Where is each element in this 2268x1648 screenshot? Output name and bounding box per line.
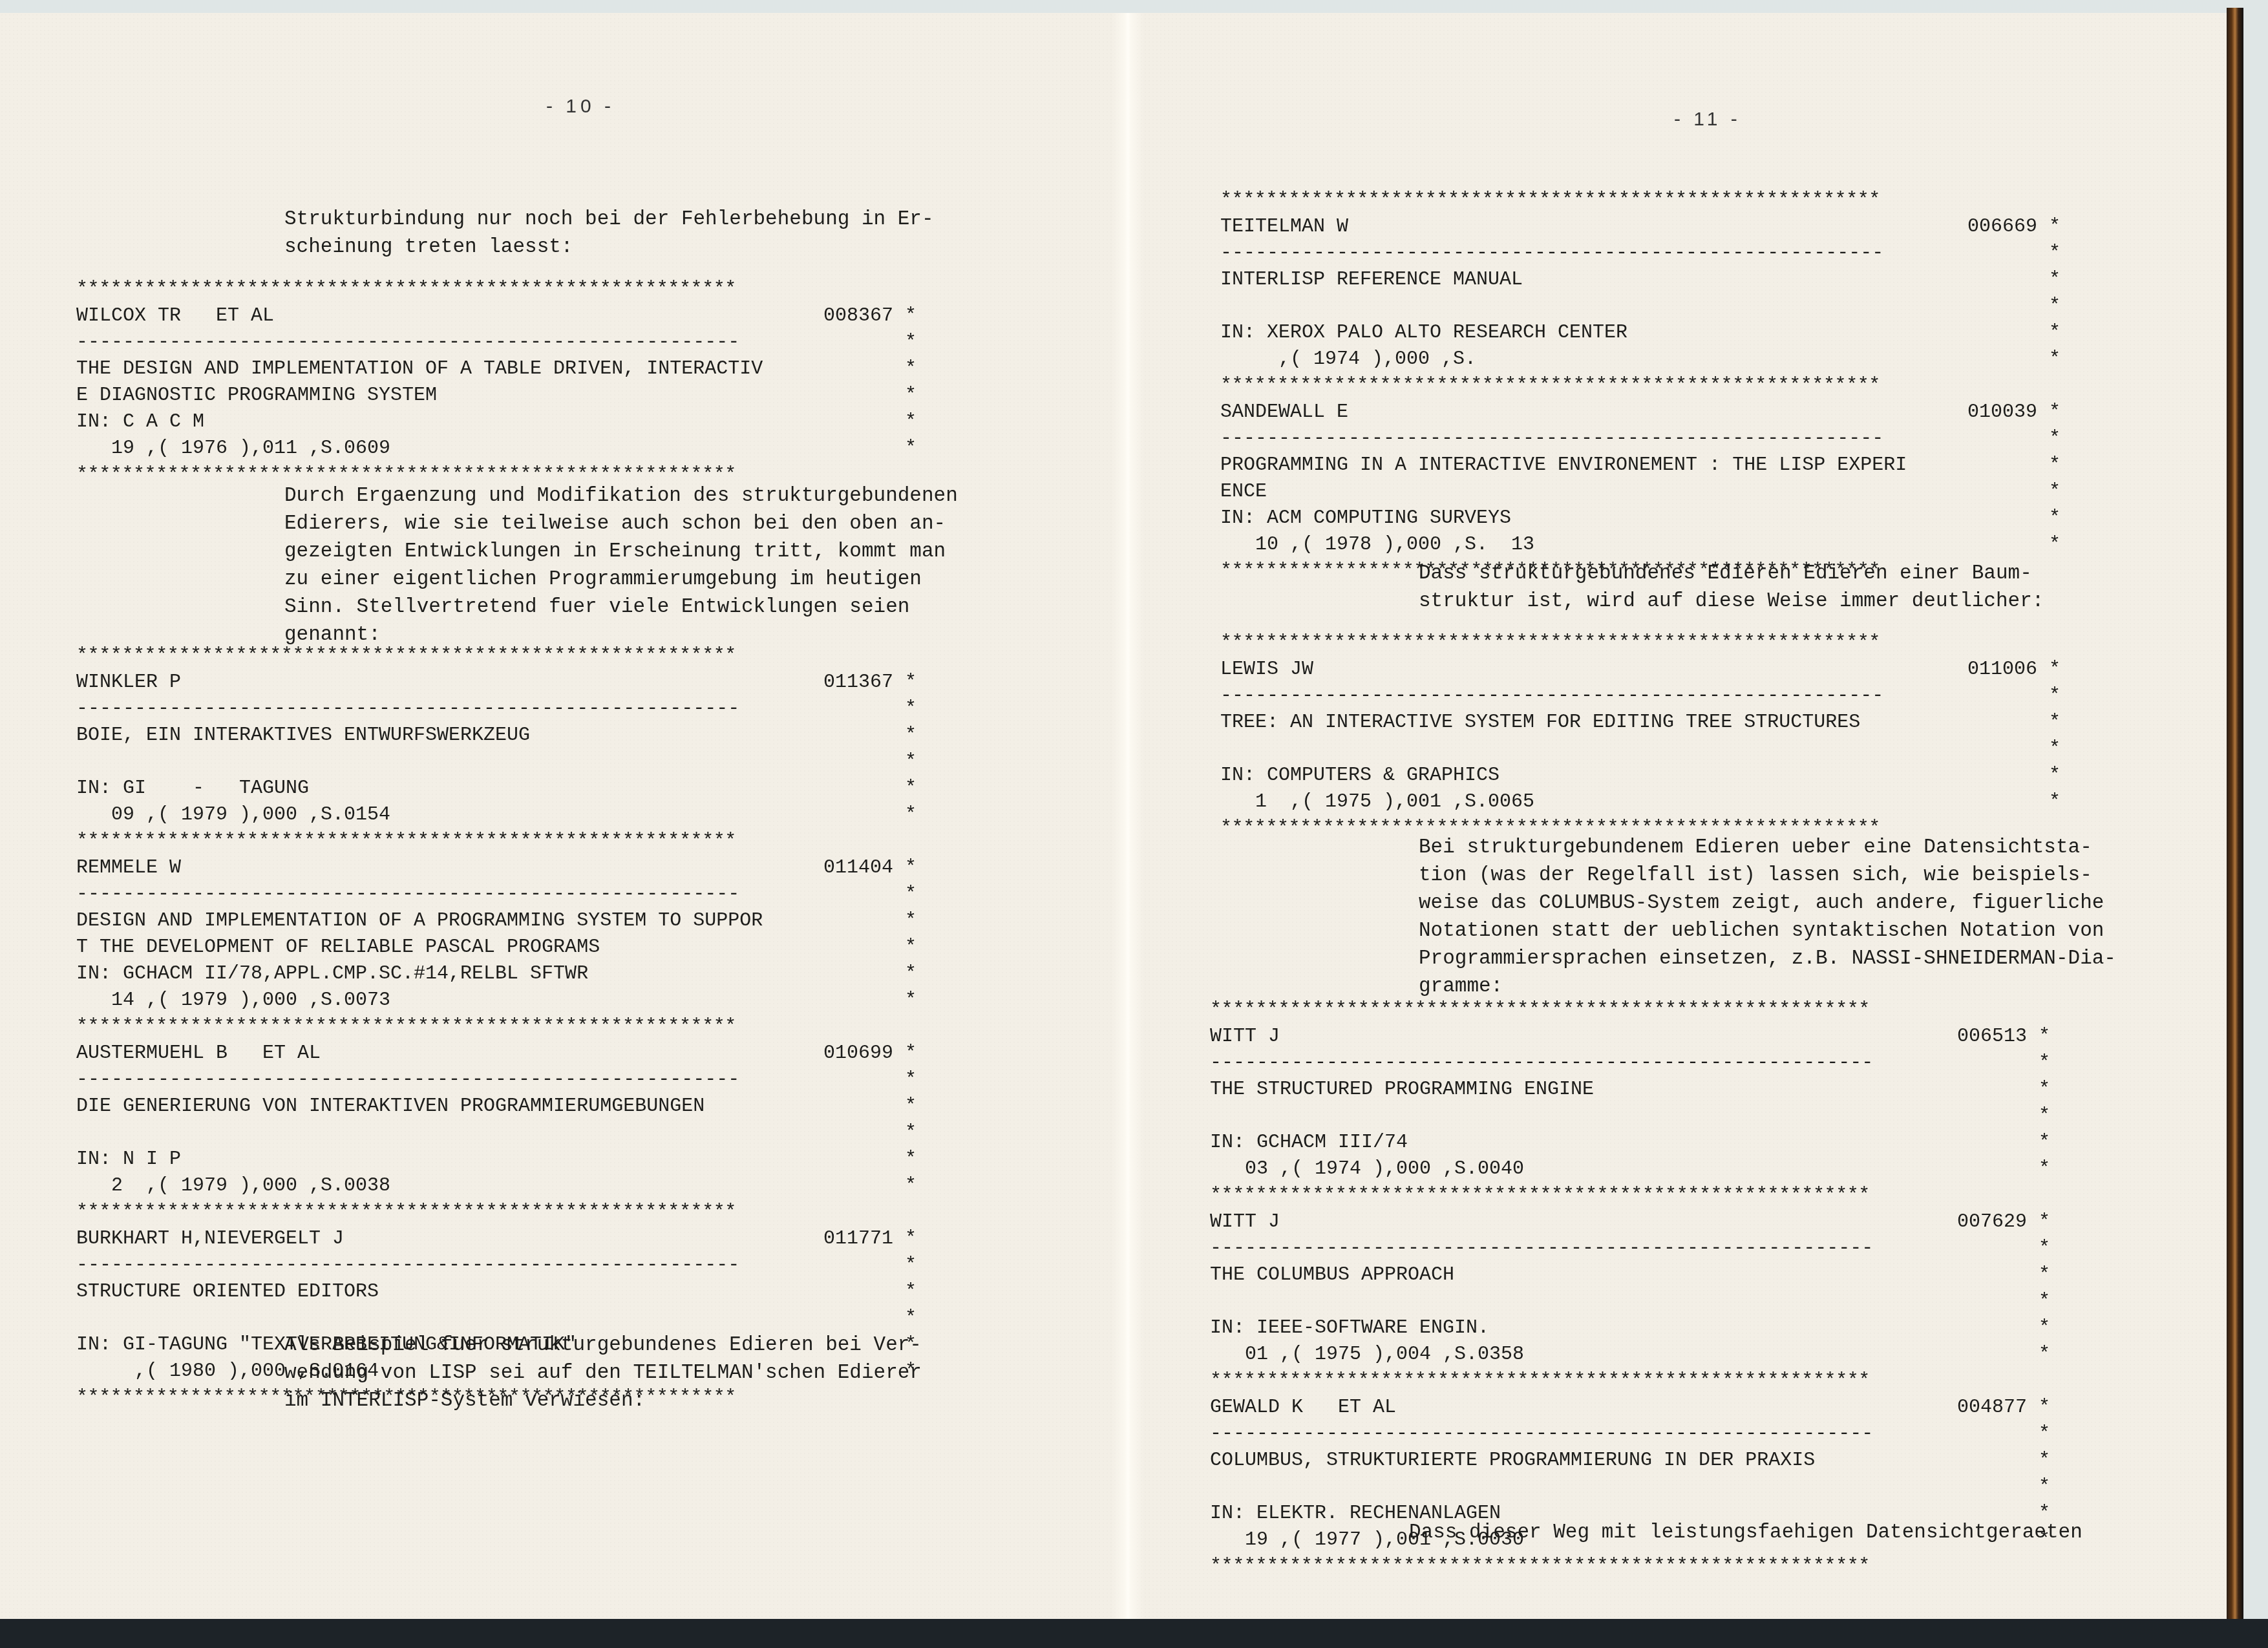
record-header: AUSTERMUEHL B ET AL010699 * — [76, 1041, 917, 1067]
record-separator-stars: ****************************************… — [76, 643, 917, 670]
record-header: LEWIS JW011006 * — [1220, 657, 2061, 683]
record-source-text: IN: IEEE-SOFTWARE ENGIN. — [1210, 1315, 1489, 1342]
margin-star: * — [904, 988, 917, 1014]
record-title-text: ENCE — [1220, 479, 1267, 505]
margin-star: * — [2037, 1315, 2050, 1342]
margin-star: * — [2037, 1156, 2050, 1183]
record-source-text: IN: ACM COMPUTING SURVEYS — [1220, 505, 1511, 532]
margin-star: * — [905, 1042, 917, 1064]
record-title: DIE GENERIERUNG VON INTERAKTIVEN PROGRAM… — [76, 1093, 917, 1120]
record-title-text: INTERLISP REFERENCE MANUAL — [1220, 267, 1523, 293]
bibliography-record: ****************************************… — [1220, 187, 2061, 373]
records-group-right-b: ****************************************… — [1220, 630, 2061, 842]
record-source: IN: COMPUTERS & GRAPHICS* — [1220, 763, 2061, 789]
record-title: DESIGN AND IMPLEMENTATION OF A PROGRAMMI… — [76, 908, 917, 935]
margin-star: * — [2037, 1289, 2050, 1315]
margin-star: * — [904, 749, 917, 776]
margin-star: * — [904, 1173, 917, 1199]
record-id: 006513 — [1957, 1026, 2039, 1048]
record-title: * — [1220, 736, 2061, 763]
record-id: 011006 — [1967, 659, 2049, 681]
margin-star: * — [2037, 1474, 2050, 1501]
record-dash-line-text: ----------------------------------------… — [1210, 1236, 1873, 1262]
record-citation: 10 ,( 1978 ),000 ,S. 13* — [1220, 532, 2061, 558]
margin-star: * — [2037, 1050, 2050, 1077]
margin-star: * — [2037, 1342, 2050, 1368]
record-author: LEWIS JW — [1220, 657, 1313, 683]
record-source-text: IN: GCHACM III/74 — [1210, 1130, 1408, 1156]
record-title: * — [76, 1120, 917, 1146]
record-title-text: TREE: AN INTERACTIVE SYSTEM FOR EDITING … — [1220, 710, 1860, 736]
paragraph-columbus: Bei strukturgebundenem Edieren ueber ein… — [1419, 834, 2116, 1000]
record-dash-line-text: ----------------------------------------… — [1210, 1421, 1873, 1448]
record-header: WITT J007629 * — [1210, 1209, 2050, 1236]
record-separator-stars: ****************************************… — [1210, 1183, 2050, 1209]
margin-star: * — [2048, 479, 2061, 505]
record-id-with-star: 011404 * — [823, 855, 917, 882]
record-header: GEWALD K ET AL004877 * — [1210, 1395, 2050, 1421]
record-dash-line: ----------------------------------------… — [76, 882, 917, 908]
bibliography-record: ****************************************… — [1210, 1183, 2050, 1368]
record-citation-text: 03 ,( 1974 ),000 ,S.0040 — [1210, 1156, 1524, 1183]
margin-star: * — [904, 436, 917, 462]
record-separator-stars: ****************************************… — [1210, 1554, 2050, 1580]
record-title-text: STRUCTURE ORIENTED EDITORS — [76, 1279, 379, 1305]
record-id-with-star: 004877 * — [1957, 1395, 2050, 1421]
margin-star: * — [904, 961, 917, 988]
record-title: STRUCTURE ORIENTED EDITORS* — [76, 1279, 917, 1305]
record-dash-line-text: ----------------------------------------… — [76, 696, 739, 723]
record-title: ENCE* — [1220, 479, 2061, 505]
margin-star: * — [2048, 532, 2061, 558]
margin-star: * — [905, 1228, 917, 1250]
record-title-text: THE DESIGN AND IMPLEMENTATION OF A TABLE… — [76, 356, 763, 383]
margin-star: * — [2037, 1103, 2050, 1130]
margin-star: * — [904, 802, 917, 829]
record-title-text: THE COLUMBUS APPROACH — [1210, 1262, 1454, 1289]
margin-star: * — [904, 1093, 917, 1120]
margin-star: * — [904, 1305, 917, 1332]
record-title: * — [76, 749, 917, 776]
margin-star: * — [904, 383, 917, 409]
record-id-with-star: 011771 * — [823, 1226, 917, 1252]
record-title: * — [76, 1305, 917, 1332]
margin-star: * — [2039, 1397, 2050, 1419]
record-title: * — [1210, 1103, 2050, 1130]
record-citation-text: 10 ,( 1978 ),000 ,S. 13 — [1220, 532, 1534, 558]
margin-star: * — [904, 1146, 917, 1173]
record-title: E DIAGNOSTIC PROGRAMMING SYSTEM* — [76, 383, 917, 409]
record-citation: 03 ,( 1974 ),000 ,S.0040* — [1210, 1156, 2050, 1183]
record-id-with-star: 006669 * — [1967, 214, 2061, 240]
margin-star: * — [2048, 267, 2061, 293]
book-cover-edge — [2227, 8, 2243, 1630]
record-citation-text: 14 ,( 1979 ),000 ,S.0073 — [76, 988, 390, 1014]
record-dash-line-text: ----------------------------------------… — [1220, 426, 1883, 452]
record-author: WITT J — [1210, 1209, 1280, 1236]
record-separator-stars: ****************************************… — [76, 277, 917, 303]
record-dash-line-text: ----------------------------------------… — [76, 1067, 739, 1093]
record-source: IN: GI - TAGUNG* — [76, 776, 917, 802]
margin-star: * — [904, 330, 917, 356]
record-id-with-star: 011367 * — [823, 670, 917, 696]
record-dash-line: ----------------------------------------… — [1210, 1236, 2050, 1262]
records-group-right-a: ****************************************… — [1220, 187, 2061, 585]
record-citation-text: 2 ,( 1979 ),000 ,S.0038 — [76, 1173, 390, 1199]
margin-star: * — [904, 1067, 917, 1093]
record-dash-line-text: ----------------------------------------… — [1220, 683, 1883, 710]
margin-star: * — [905, 305, 917, 327]
margin-star: * — [2048, 293, 2061, 320]
record-title-text: DIE GENERIERUNG VON INTERAKTIVEN PROGRAM… — [76, 1093, 705, 1120]
record-id: 008367 — [823, 305, 905, 327]
record-citation: 14 ,( 1979 ),000 ,S.0073* — [76, 988, 917, 1014]
margin-star: * — [2037, 1077, 2050, 1103]
record-author: WILCOX TR ET AL — [76, 303, 274, 330]
record-title-text: THE STRUCTURED PROGRAMMING ENGINE — [1210, 1077, 1594, 1103]
record-title: THE STRUCTURED PROGRAMMING ENGINE* — [1210, 1077, 2050, 1103]
margin-star: * — [2048, 683, 2061, 710]
bibliography-record: ****************************************… — [1220, 373, 2061, 558]
book-spine — [1112, 13, 1144, 1622]
record-dash-line: ----------------------------------------… — [1210, 1421, 2050, 1448]
margin-star: * — [2037, 1421, 2050, 1448]
intro-paragraph: Strukturbindung nur noch bei der Fehlerb… — [284, 206, 934, 261]
record-separator-stars: ****************************************… — [1210, 997, 2050, 1024]
paragraph-tree-structure: Dass strukturgebundenes Edieren Edieren … — [1419, 560, 2044, 615]
record-id-with-star: 010039 * — [1967, 399, 2061, 426]
record-source-text: IN: GI - TAGUNG — [76, 776, 309, 802]
record-source: IN: N I P* — [76, 1146, 917, 1173]
record-source-text: IN: N I P — [76, 1146, 181, 1173]
record-header: WILCOX TR ET AL008367 * — [76, 303, 917, 330]
record-dash-line-text: ----------------------------------------… — [76, 330, 739, 356]
record-id-with-star: 006513 * — [1957, 1024, 2050, 1050]
record-id: 011367 — [823, 671, 905, 693]
records-group-left-a: ****************************************… — [76, 277, 917, 489]
bibliography-record: ****************************************… — [76, 277, 917, 462]
margin-star: * — [904, 1120, 917, 1146]
margin-star: * — [2048, 505, 2061, 532]
record-source: IN: C A C M* — [76, 409, 917, 436]
margin-star: * — [2048, 736, 2061, 763]
record-title: BOIE, EIN INTERAKTIVES ENTWURFSWERKZEUG* — [76, 723, 917, 749]
record-author: WITT J — [1210, 1024, 1280, 1050]
record-author: TEITELMAN W — [1220, 214, 1348, 240]
middle-paragraph: Durch Ergaenzung und Modifikation des st… — [284, 482, 958, 649]
margin-star: * — [904, 409, 917, 436]
bibliography-record: ****************************************… — [1220, 630, 2061, 816]
record-dash-line-text: ----------------------------------------… — [1220, 240, 1883, 267]
record-author: REMMELE W — [76, 855, 181, 882]
record-author: WINKLER P — [76, 670, 181, 696]
bibliography-record: ****************************************… — [1210, 997, 2050, 1183]
margin-star: * — [904, 1252, 917, 1279]
margin-star: * — [905, 857, 917, 879]
record-citation-text: 01 ,( 1975 ),004 ,S.0358 — [1210, 1342, 1524, 1368]
margin-star: * — [904, 935, 917, 961]
record-citation: 19 ,( 1976 ),011 ,S.0609* — [76, 436, 917, 462]
margin-star: * — [904, 908, 917, 935]
record-author: AUSTERMUEHL B ET AL — [76, 1041, 321, 1067]
record-separator-stars: ****************************************… — [76, 1014, 917, 1041]
record-title: THE COLUMBUS APPROACH* — [1210, 1262, 2050, 1289]
record-dash-line: ----------------------------------------… — [1220, 683, 2061, 710]
record-dash-line: ----------------------------------------… — [76, 330, 917, 356]
record-citation: 2 ,( 1979 ),000 ,S.0038* — [76, 1173, 917, 1199]
record-id: 006669 — [1967, 216, 2049, 238]
record-citation-text: 1 ,( 1975 ),001 ,S.0065 — [1220, 789, 1534, 816]
record-id-with-star: 010699 * — [823, 1041, 917, 1067]
record-header: SANDEWALL E010039 * — [1220, 399, 2061, 426]
record-title-text: DESIGN AND IMPLEMENTATION OF A PROGRAMMI… — [76, 908, 763, 935]
record-title: TREE: AN INTERACTIVE SYSTEM FOR EDITING … — [1220, 710, 2061, 736]
margin-star: * — [904, 1279, 917, 1305]
record-id: 011771 — [823, 1228, 905, 1250]
record-title: * — [1210, 1474, 2050, 1501]
record-title-text: E DIAGNOSTIC PROGRAMMING SYSTEM — [76, 383, 437, 409]
record-dash-line: ----------------------------------------… — [76, 1067, 917, 1093]
record-author: BURKHART H,NIEVERGELT J — [76, 1226, 344, 1252]
margin-star: * — [2048, 346, 2061, 373]
page-number-right: - 11 - — [1674, 109, 1741, 131]
record-citation-text: 19 ,( 1976 ),011 ,S.0609 — [76, 436, 390, 462]
record-header: WITT J006513 * — [1210, 1024, 2050, 1050]
bibliography-record: ****************************************… — [76, 1014, 917, 1199]
closing-paragraph-right: Dass dieser Weg mit leistungsfaehigen Da… — [1409, 1519, 2083, 1547]
margin-star: * — [2048, 240, 2061, 267]
record-citation: 1 ,( 1975 ),001 ,S.0065* — [1220, 789, 2061, 816]
record-citation: 09 ,( 1979 ),000 ,S.0154* — [76, 802, 917, 829]
margin-star: * — [904, 696, 917, 723]
record-source: IN: IEEE-SOFTWARE ENGIN.* — [1210, 1315, 2050, 1342]
record-dash-line-text: ----------------------------------------… — [1210, 1050, 1873, 1077]
record-separator-stars: ****************************************… — [76, 1199, 917, 1226]
record-header: REMMELE W011404 * — [76, 855, 917, 882]
record-source-text: IN: C A C M — [76, 409, 204, 436]
record-title-text: COLUMBUS, STRUKTURIERTE PROGRAMMIERUNG I… — [1210, 1448, 1815, 1474]
margin-star: * — [2048, 426, 2061, 452]
records-group-left-b: ****************************************… — [76, 643, 917, 1411]
margin-star: * — [904, 882, 917, 908]
record-dash-line: ----------------------------------------… — [76, 696, 917, 723]
record-dash-line-text: ----------------------------------------… — [76, 1252, 739, 1279]
record-title: * — [1220, 293, 2061, 320]
margin-star: * — [2037, 1262, 2050, 1289]
record-dash-line-text: ----------------------------------------… — [76, 882, 739, 908]
record-title: T THE DEVELOPMENT OF RELIABLE PASCAL PRO… — [76, 935, 917, 961]
record-title: THE DESIGN AND IMPLEMENTATION OF A TABLE… — [76, 356, 917, 383]
page-number-left: - 10 - — [546, 96, 615, 118]
record-id-with-star: 011006 * — [1967, 657, 2061, 683]
margin-star: * — [2039, 1026, 2050, 1048]
record-citation-text: 09 ,( 1979 ),000 ,S.0154 — [76, 802, 390, 829]
record-title: COLUMBUS, STRUKTURIERTE PROGRAMMIERUNG I… — [1210, 1448, 2050, 1474]
record-header: BURKHART H,NIEVERGELT J011771 * — [76, 1226, 917, 1252]
record-id: 004877 — [1957, 1397, 2039, 1419]
margin-star: * — [2048, 763, 2061, 789]
record-separator-stars: ****************************************… — [1220, 630, 2061, 657]
margin-star: * — [2048, 710, 2061, 736]
margin-star: * — [2049, 659, 2061, 681]
scan-bottom-shadow — [0, 1619, 2268, 1648]
record-title-text: T THE DEVELOPMENT OF RELIABLE PASCAL PRO… — [76, 935, 600, 961]
record-header: TEITELMAN W006669 * — [1220, 214, 2061, 240]
record-dash-line: ----------------------------------------… — [1210, 1050, 2050, 1077]
record-citation: ,( 1974 ),000 ,S.* — [1220, 346, 2061, 373]
record-title: INTERLISP REFERENCE MANUAL* — [1220, 267, 2061, 293]
bibliography-record: ****************************************… — [76, 643, 917, 829]
record-separator-stars: ****************************************… — [1210, 1368, 2050, 1395]
bibliography-record: ****************************************… — [76, 829, 917, 1014]
margin-star: * — [2049, 216, 2061, 238]
record-title-text: BOIE, EIN INTERAKTIVES ENTWURFSWERKZEUG — [76, 723, 530, 749]
margin-star: * — [905, 671, 917, 693]
margin-star: * — [2048, 789, 2061, 816]
record-separator-stars: ****************************************… — [1220, 187, 2061, 214]
margin-star: * — [2048, 452, 2061, 479]
records-group-right-c: ****************************************… — [1210, 997, 2050, 1580]
margin-star: * — [904, 356, 917, 383]
record-id: 011404 — [823, 857, 905, 879]
record-citation-text: ,( 1974 ),000 ,S. — [1220, 346, 1476, 373]
record-source: IN: GCHACM III/74* — [1210, 1130, 2050, 1156]
record-id: 007629 — [1957, 1211, 2039, 1233]
record-dash-line: ----------------------------------------… — [1220, 240, 2061, 267]
record-dash-line: ----------------------------------------… — [76, 1252, 917, 1279]
record-source-text: IN: XEROX PALO ALTO RESEARCH CENTER — [1220, 320, 1627, 346]
record-title: PROGRAMMING IN A INTERACTIVE ENVIRONEMEN… — [1220, 452, 2061, 479]
record-header: WINKLER P011367 * — [76, 670, 917, 696]
record-dash-line: ----------------------------------------… — [1220, 426, 2061, 452]
margin-star: * — [2048, 320, 2061, 346]
record-citation: 01 ,( 1975 ),004 ,S.0358* — [1210, 1342, 2050, 1368]
record-source: IN: XEROX PALO ALTO RESEARCH CENTER* — [1220, 320, 2061, 346]
record-title: * — [1210, 1289, 2050, 1315]
margin-star: * — [2037, 1236, 2050, 1262]
record-source: IN: GCHACM II/78,APPL.CMP.SC.#14,RELBL S… — [76, 961, 917, 988]
record-source-text: IN: GCHACM II/78,APPL.CMP.SC.#14,RELBL S… — [76, 961, 588, 988]
margin-star: * — [904, 776, 917, 802]
margin-star: * — [904, 723, 917, 749]
record-author: GEWALD K ET AL — [1210, 1395, 1396, 1421]
record-separator-stars: ****************************************… — [1220, 373, 2061, 399]
record-id: 010699 — [823, 1042, 905, 1064]
record-source-text: IN: COMPUTERS & GRAPHICS — [1220, 763, 1500, 789]
margin-star: * — [2037, 1448, 2050, 1474]
record-source: IN: ACM COMPUTING SURVEYS* — [1220, 505, 2061, 532]
record-id-with-star: 008367 * — [823, 303, 917, 330]
margin-star: * — [2049, 401, 2061, 423]
closing-paragraph-left: Als Beispiel fuer strukturgebundenes Edi… — [284, 1331, 922, 1415]
record-title-text: PROGRAMMING IN A INTERACTIVE ENVIRONEMEN… — [1220, 452, 1907, 479]
record-separator-stars: ****************************************… — [76, 829, 917, 855]
record-id-with-star: 007629 * — [1957, 1209, 2050, 1236]
margin-star: * — [2037, 1130, 2050, 1156]
record-id: 010039 — [1967, 401, 2049, 423]
margin-star: * — [2039, 1211, 2050, 1233]
record-author: SANDEWALL E — [1220, 399, 1348, 426]
